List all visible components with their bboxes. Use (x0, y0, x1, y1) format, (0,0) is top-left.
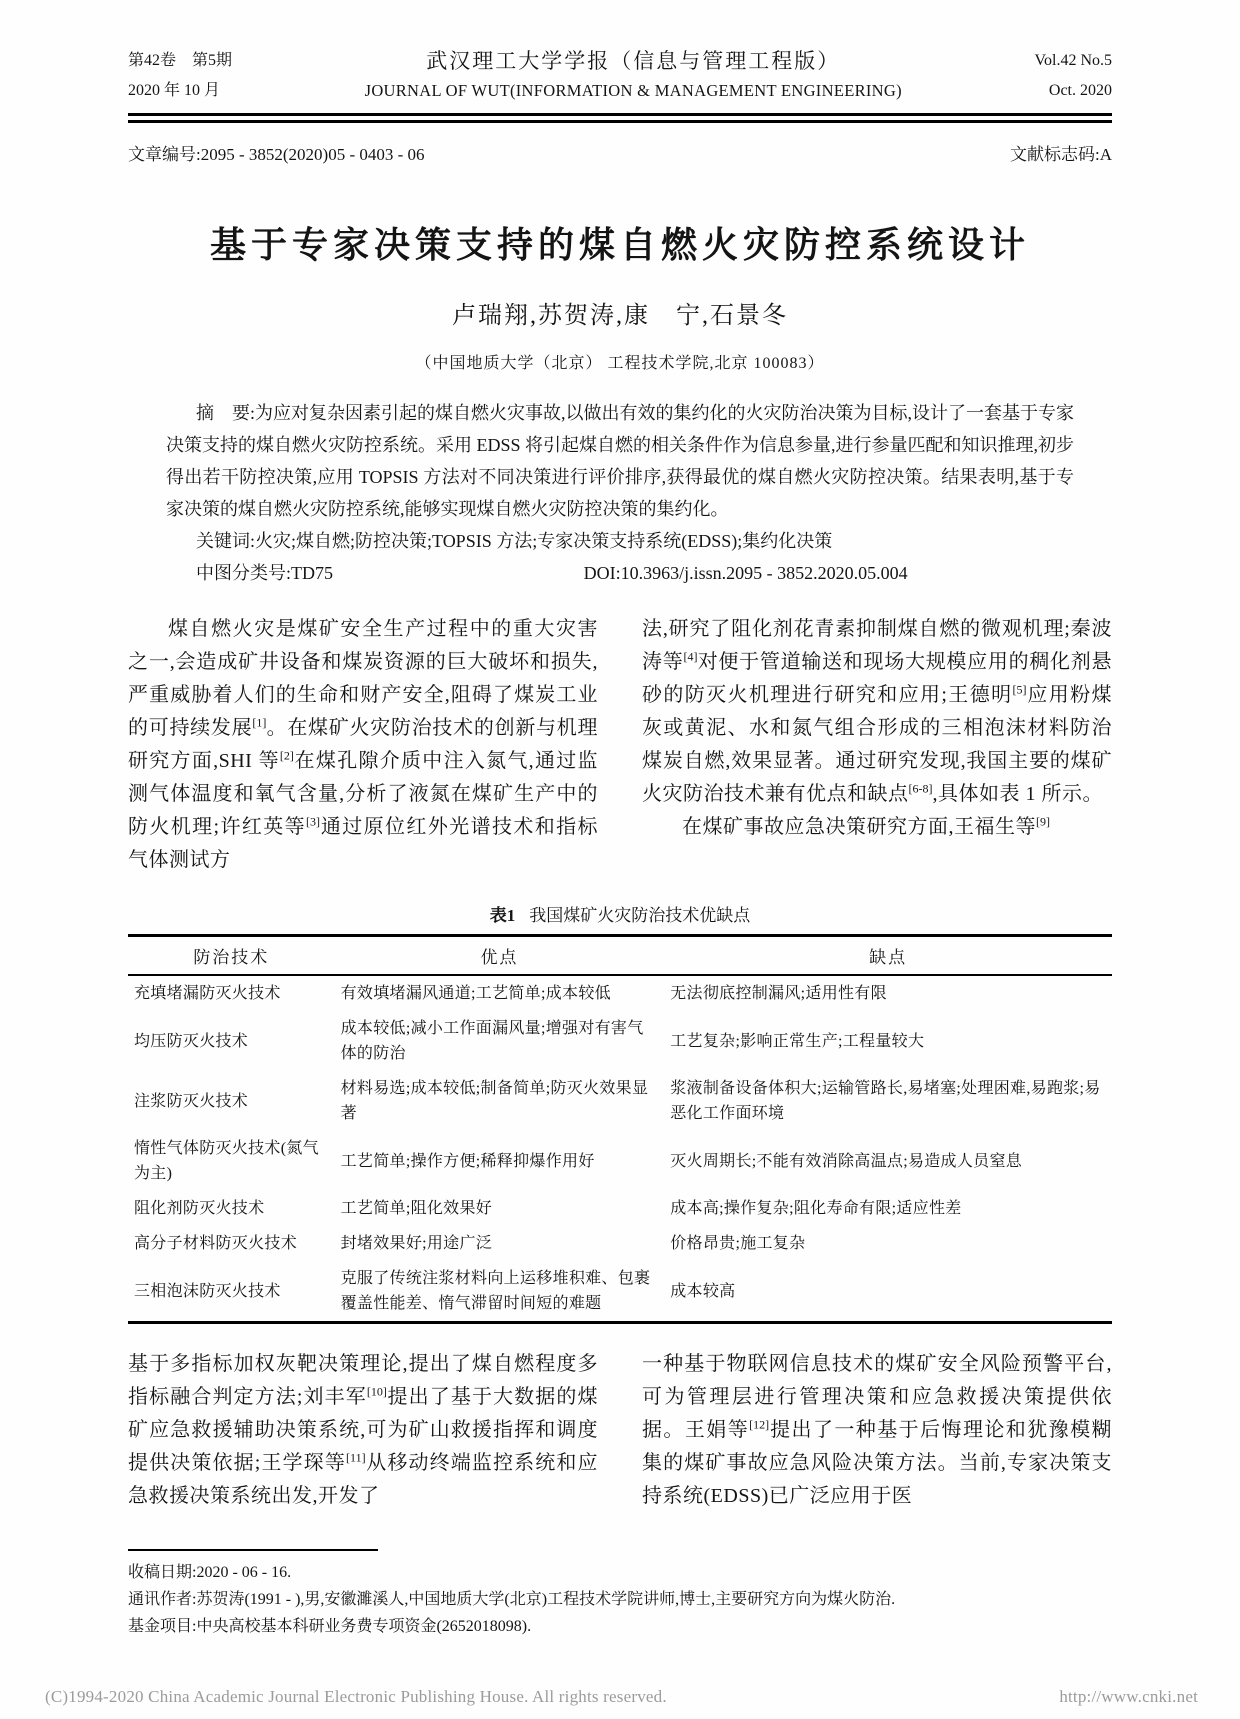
reference-superscript: [10] (367, 1384, 387, 1398)
body-paragraph: 基于多指标加权灰靶决策理论,提出了煤自燃程度多指标融合判定方法;刘丰军[10]提… (128, 1348, 598, 1513)
table-cell-technique: 充填堵漏防灭火技术 (128, 975, 335, 1011)
reference-superscript: [3] (306, 814, 320, 828)
article-number: 文章编号:2095 - 3852(2020)05 - 0403 - 06 (128, 140, 425, 165)
table-cell-disadvantage: 无法彻底控制漏风;适用性有限 (664, 975, 1112, 1011)
table-row: 均压防灭火技术 成本较低;减小工作面漏风量;增强对有害气体的防治 工艺复杂;影响… (128, 1011, 1112, 1071)
table-cell-advantage: 成本较低;减小工作面漏风量;增强对有害气体的防治 (335, 1011, 665, 1071)
right-column-top: 法,研究了阻化剂花青素抑制煤自燃的微观机理;秦波涛等[4]对便于管道输送和现场大… (642, 613, 1112, 877)
abstract-label: 摘 要: (196, 403, 255, 423)
doi-text: DOI:10.3963/j.issn.2095 - 3852.2020.05.0… (584, 557, 1074, 589)
masthead-right: Vol.42 No.5 Oct. 2020 (1035, 46, 1113, 106)
table-cell-advantage: 工艺简单;阻化效果好 (335, 1191, 665, 1226)
keywords-text: 火灾;煤自燃;防控决策;TOPSIS 方法;专家决策支持系统(EDSS);集约化… (255, 531, 832, 551)
table-row: 阻化剂防灭火技术 工艺简单;阻化效果好 成本高;操作复杂;阻化寿命有限;适应性差 (128, 1191, 1112, 1226)
table-row: 高分子材料防灭火技术 封堵效果好;用途广泛 价格昂贵;施工复杂 (128, 1226, 1112, 1261)
table-row: 惰性气体防灭火技术(氮气为主) 工艺简单;操作方便;稀释抑爆作用好 灭火周期长;… (128, 1131, 1112, 1191)
table-cell-advantage: 材料易选;成本较低;制备简单;防灭火效果显著 (335, 1071, 665, 1131)
cnki-url[interactable]: http://www.cnki.net (1059, 1687, 1198, 1707)
footnote-line: 通讯作者:苏贺涛(1991 - ),男,安徽濉溪人,中国地质大学(北京)工程技术… (128, 1586, 1112, 1613)
table-cell-disadvantage: 浆液制备设备体积大;运输管路长,易堵塞;处理困难,易跑浆;易恶化工作面环境 (664, 1071, 1112, 1131)
issue-volume-en: Vol.42 No.5 (1035, 46, 1113, 76)
issue-date-en: Oct. 2020 (1035, 76, 1113, 106)
copyright-bar: (C)1994-2020 China Academic Journal Elec… (45, 1687, 1198, 1707)
table-cell-technique: 高分子材料防灭火技术 (128, 1226, 335, 1261)
table-cell-technique: 均压防灭火技术 (128, 1011, 335, 1071)
abstract-paragraph: 摘 要:为应对复杂因素引起的煤自燃火灾事故,以做出有效的集约化的火灾防治决策为目… (166, 397, 1074, 525)
footnote-divider (128, 1549, 378, 1551)
table-cell-disadvantage: 价格昂贵;施工复杂 (664, 1226, 1112, 1261)
keywords-line: 关键词:火灾;煤自燃;防控决策;TOPSIS 方法;专家决策支持系统(EDSS)… (166, 525, 1074, 557)
body-columns-bottom: 基于多指标加权灰靶决策理论,提出了煤自燃程度多指标融合判定方法;刘丰军[10]提… (128, 1348, 1112, 1513)
keywords-label: 关键词: (196, 531, 255, 551)
table-row: 充填堵漏防灭火技术 有效填堵漏风通道;工艺简单;成本较低 无法彻底控制漏风;适用… (128, 975, 1112, 1011)
table-cell-technique: 阻化剂防灭火技术 (128, 1191, 335, 1226)
table-row: 注浆防灭火技术 材料易选;成本较低;制备简单;防灭火效果显著 浆液制备设备体积大… (128, 1071, 1112, 1131)
body-paragraph: 一种基于物联网信息技术的煤矿安全风险预警平台,可为管理层进行管理决策和应急救援决… (642, 1348, 1112, 1513)
reference-superscript: [11] (346, 1450, 366, 1464)
masthead-center: 武汉理工大学学报（信息与管理工程版） JOURNAL OF WUT(INFORM… (232, 46, 1034, 106)
journal-page: 第42卷 第5期 2020 年 10 月 武汉理工大学学报（信息与管理工程版） … (0, 0, 1240, 1719)
table-caption-label: 表1 (490, 906, 516, 925)
table-caption: 表1我国煤矿火灾防治技术优缺点 (128, 901, 1112, 926)
table-cell-technique: 三相泡沫防灭火技术 (128, 1261, 335, 1323)
body-paragraph: 煤自燃火灾是煤矿安全生产过程中的重大灾害之一,会造成矿井设备和煤炭资源的巨大破坏… (128, 613, 598, 877)
table-cell-advantage: 工艺简单;操作方便;稀释抑爆作用好 (335, 1131, 665, 1191)
reference-superscript: [9] (1036, 814, 1050, 828)
footnote-line: 收稿日期:2020 - 06 - 16. (128, 1559, 1112, 1586)
table-cell-disadvantage: 灭火周期长;不能有效消除高温点;易造成人员窒息 (664, 1131, 1112, 1191)
body-paragraph: 在煤矿事故应急决策研究方面,王福生等[9] (642, 811, 1112, 844)
table-cell-advantage: 有效填堵漏风通道;工艺简单;成本较低 (335, 975, 665, 1011)
footnote-block: 收稿日期:2020 - 06 - 16. 通讯作者:苏贺涛(1991 - ),男… (128, 1549, 1112, 1640)
table-cell-advantage: 封堵效果好;用途广泛 (335, 1226, 665, 1261)
fire-prevention-table: 防治技术 优点 缺点 充填堵漏防灭火技术 有效填堵漏风通道;工艺简单;成本较低 … (128, 934, 1112, 1324)
footnote-line: 基金项目:中央高校基本科研业务费专项资金(2652018098). (128, 1613, 1112, 1640)
clc-number: 中图分类号:TD75 (166, 557, 584, 589)
abstract-text: 为应对复杂因素引起的煤自燃火灾事故,以做出有效的集约化的火灾防治决策为目标,设计… (166, 403, 1074, 519)
article-meta-row: 文章编号:2095 - 3852(2020)05 - 0403 - 06 文献标… (128, 140, 1112, 165)
body-paragraph: 法,研究了阻化剂花青素抑制煤自燃的微观机理;秦波涛等[4]对便于管道输送和现场大… (642, 613, 1112, 811)
table-cell-disadvantage: 成本较高 (664, 1261, 1112, 1323)
left-column-top: 煤自燃火灾是煤矿安全生产过程中的重大灾害之一,会造成矿井设备和煤炭资源的巨大破坏… (128, 613, 598, 877)
table-cell-advantage: 克服了传统注浆材料向上运移堆积难、包裹覆盖性能差、惰气滞留时间短的难题 (335, 1261, 665, 1323)
paper-title: 基于专家决策支持的煤自燃火灾防控系统设计 (128, 217, 1112, 268)
table-header-cell: 防治技术 (128, 936, 335, 976)
reference-superscript: [6-8] (909, 781, 933, 795)
journal-title-en: JOURNAL OF WUT(INFORMATION & MANAGEMENT … (242, 76, 1024, 106)
reference-superscript: [2] (280, 748, 294, 762)
table-section: 表1我国煤矿火灾防治技术优缺点 防治技术 优点 缺点 充填堵漏防灭火技术 有效填… (128, 901, 1112, 1324)
authors-line: 卢瑞翔,苏贺涛,康 宁,石景冬 (128, 295, 1112, 330)
masthead-left: 第42卷 第5期 2020 年 10 月 (128, 46, 232, 106)
table-cell-disadvantage: 成本高;操作复杂;阻化寿命有限;适应性差 (664, 1191, 1112, 1226)
left-column-bottom: 基于多指标加权灰靶决策理论,提出了煤自燃程度多指标融合判定方法;刘丰军[10]提… (128, 1348, 598, 1513)
table-header: 防治技术 优点 缺点 (128, 936, 1112, 976)
copyright-text: (C)1994-2020 China Academic Journal Elec… (45, 1687, 667, 1707)
table-cell-technique: 惰性气体防灭火技术(氮气为主) (128, 1131, 335, 1191)
right-column-bottom: 一种基于物联网信息技术的煤矿安全风险预警平台,可为管理层进行管理决策和应急救援决… (642, 1348, 1112, 1513)
table-header-cell: 缺点 (664, 936, 1112, 976)
clc-doi-row: 中图分类号:TD75 DOI:10.3963/j.issn.2095 - 385… (166, 557, 1074, 589)
document-code: 文献标志码:A (1010, 140, 1112, 165)
table-cell-technique: 注浆防灭火技术 (128, 1071, 335, 1131)
issue-volume-cn: 第42卷 第5期 (128, 46, 232, 76)
journal-title-cn: 武汉理工大学学报（信息与管理工程版） (242, 46, 1024, 76)
header-divider-rule (128, 113, 1112, 123)
table-header-cell: 优点 (335, 936, 665, 976)
issue-date-cn: 2020 年 10 月 (128, 76, 232, 106)
table-row: 三相泡沫防灭火技术 克服了传统注浆材料向上运移堆积难、包裹覆盖性能差、惰气滞留时… (128, 1261, 1112, 1323)
table-body: 充填堵漏防灭火技术 有效填堵漏风通道;工艺简单;成本较低 无法彻底控制漏风;适用… (128, 975, 1112, 1323)
table-cell-disadvantage: 工艺复杂;影响正常生产;工程量较大 (664, 1011, 1112, 1071)
affiliation-line: （中国地质大学（北京） 工程技术学院,北京 100083） (128, 350, 1112, 373)
footnote-lines: 收稿日期:2020 - 06 - 16. 通讯作者:苏贺涛(1991 - ),男… (128, 1559, 1112, 1640)
table-caption-text: 我国煤矿火灾防治技术优缺点 (529, 906, 750, 925)
abstract-block: 摘 要:为应对复杂因素引起的煤自燃火灾事故,以做出有效的集约化的火灾防治决策为目… (166, 397, 1074, 589)
reference-superscript: [12] (749, 1417, 769, 1431)
reference-superscript: [1] (252, 715, 266, 729)
body-columns-top: 煤自燃火灾是煤矿安全生产过程中的重大灾害之一,会造成矿井设备和煤炭资源的巨大破坏… (128, 613, 1112, 877)
reference-superscript: [5] (1012, 682, 1026, 696)
masthead: 第42卷 第5期 2020 年 10 月 武汉理工大学学报（信息与管理工程版） … (128, 46, 1112, 106)
reference-superscript: [4] (683, 649, 697, 663)
